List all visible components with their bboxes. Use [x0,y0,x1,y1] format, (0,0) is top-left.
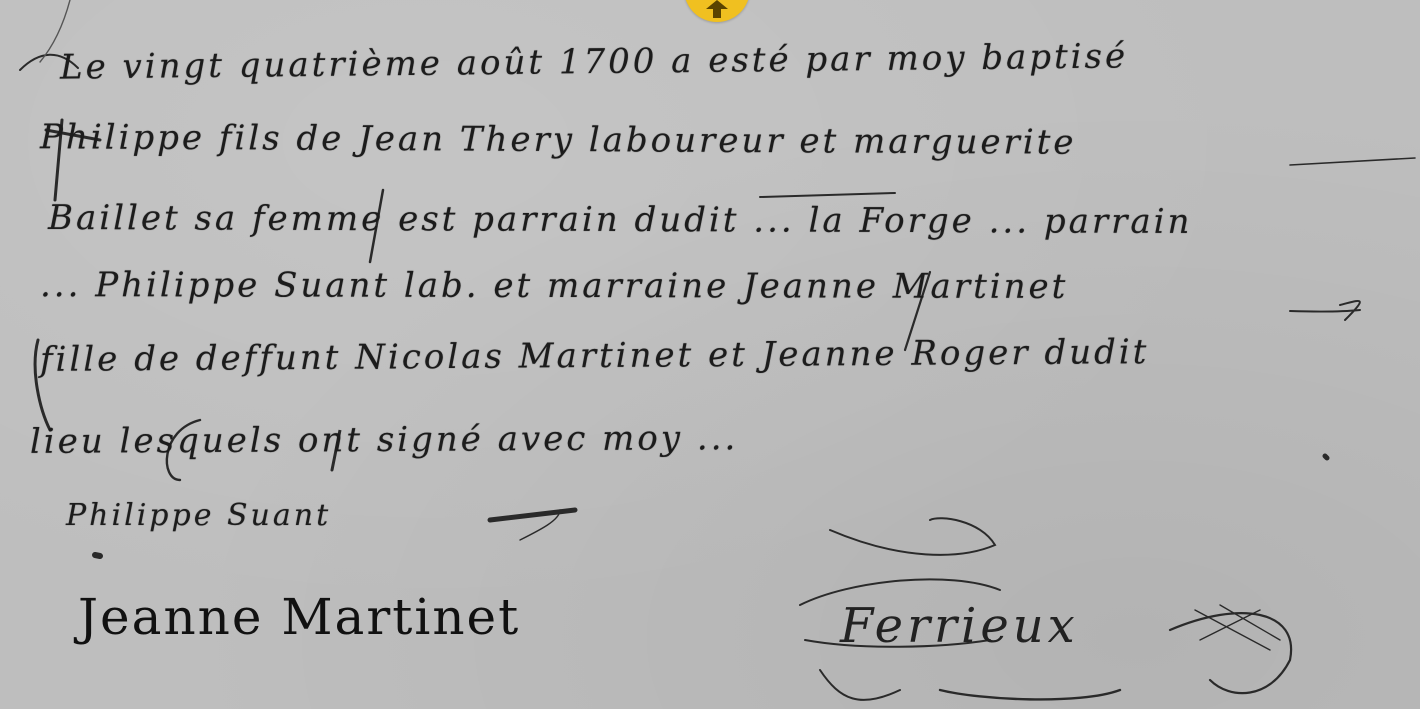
register-line-6: lieu lesquels ont signé avec moy ... [30,418,738,462]
marraine-signature: Jeanne Martinet [78,588,520,646]
register-line-4: ... Philippe Suant lab. et marraine Jean… [40,265,1068,307]
godfather-signature: Philippe Suant [66,498,331,533]
document-page: Le vingt quatrième août 1700 a esté par … [0,0,1420,709]
register-line-2: Philippe fils de Jean Thery laboureur et… [40,117,1077,162]
register-line-3: Baillet sa femme est parrain dudit ... l… [48,198,1193,242]
arrow-up-icon [706,0,728,18]
priest-signature: Ferrieux [840,598,1079,654]
scroll-to-top-button[interactable] [684,0,750,22]
register-line-1: Le vingt quatrième août 1700 a esté par … [60,36,1129,87]
register-line-5: fille de deffunt Nicolas Martinet et Jea… [40,332,1150,380]
